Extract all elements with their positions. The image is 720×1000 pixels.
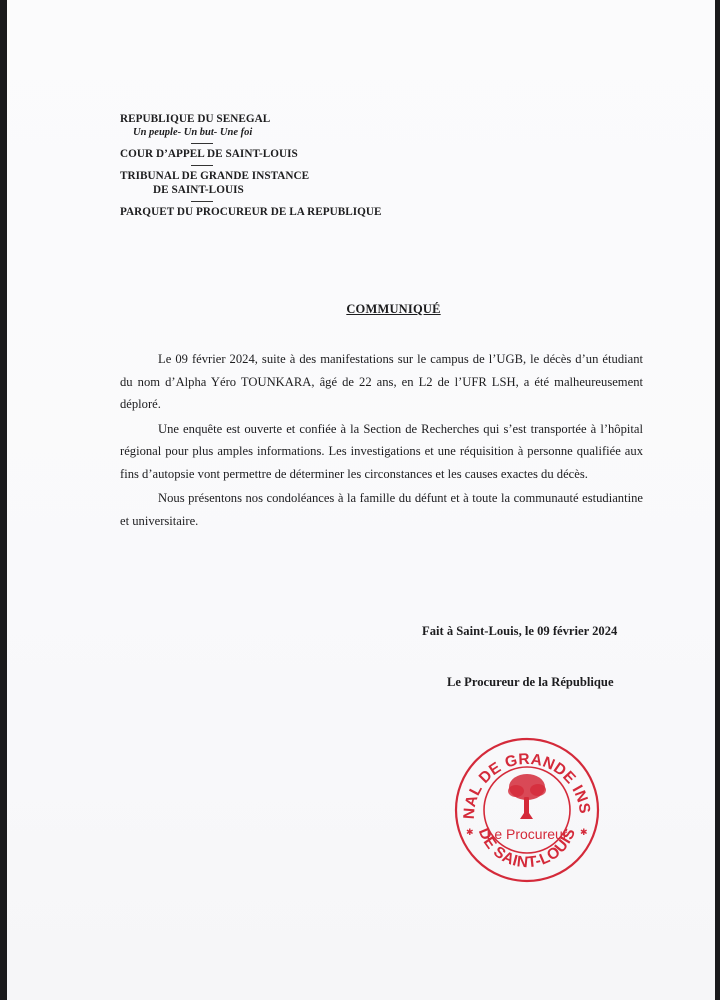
- tribunal-city: DE SAINT-LOUIS: [120, 183, 440, 197]
- court-of-appeal: COUR D’APPEL DE SAINT-LOUIS: [120, 147, 440, 161]
- place-and-date: Fait à Saint-Louis, le 09 février 2024: [422, 624, 617, 639]
- document-title: COMMUNIQUÉ: [7, 302, 720, 317]
- baobab-tree-icon: [508, 774, 546, 819]
- country-name: REPUBLIQUE DU SENEGAL: [120, 112, 440, 126]
- svg-text:✱: ✱: [466, 827, 474, 837]
- official-stamp: TRIBUNAL DE GRANDE INSTANCE DE SAINT-LOU…: [452, 735, 602, 885]
- national-motto: Un peuple- Un but- Une foi: [120, 126, 440, 139]
- letterhead: REPUBLIQUE DU SENEGAL Un peuple- Un but-…: [120, 112, 440, 219]
- paragraph: Le 09 février 2024, suite à des manifest…: [120, 348, 643, 416]
- svg-text:✱: ✱: [580, 827, 588, 837]
- separator: [191, 161, 213, 169]
- paragraph: Une enquête est ouverte et confiée à la …: [120, 418, 643, 486]
- document-page: REPUBLIQUE DU SENEGAL Un peuple- Un but-…: [7, 0, 715, 1000]
- stamp-center-text: Le Procureur: [487, 826, 568, 842]
- signatory-title: Le Procureur de la République: [447, 675, 614, 690]
- separator: [191, 139, 213, 147]
- tribunal-name: TRIBUNAL DE GRANDE INSTANCE: [120, 169, 440, 183]
- prosecutor-office: PARQUET DU PROCUREUR DE LA REPUBLIQUE: [120, 205, 440, 219]
- paragraph: Nous présentons nos condoléances à la fa…: [120, 487, 643, 532]
- separator: [191, 197, 213, 205]
- document-body: Le 09 février 2024, suite à des manifest…: [120, 348, 643, 534]
